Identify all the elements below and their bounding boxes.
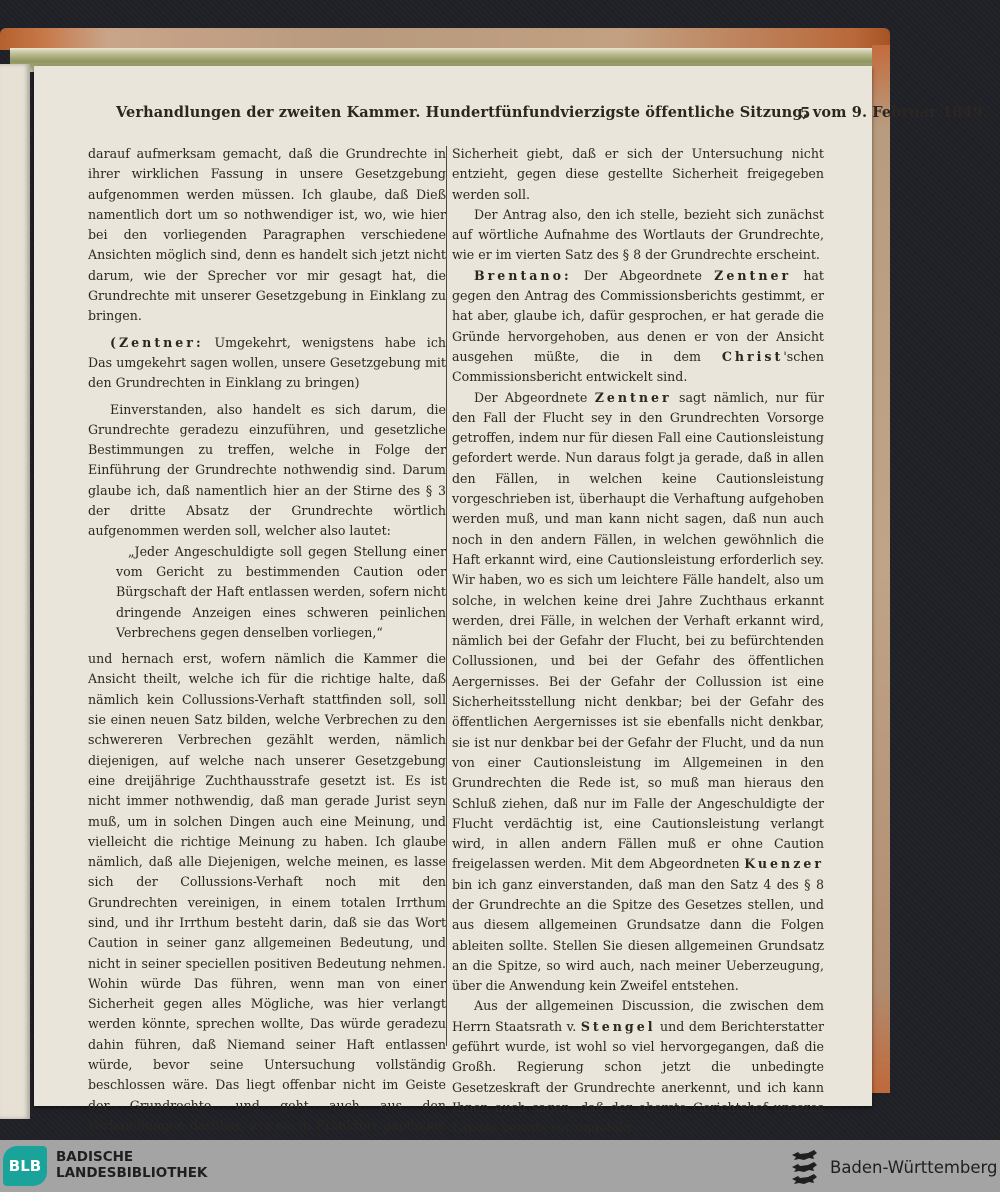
paragraph: darauf aufmerksam gemacht, daß die Grund… xyxy=(88,144,446,327)
book-cover-top-edge xyxy=(0,28,890,50)
paragraph: Einverstanden, also handelt es sich daru… xyxy=(88,400,446,542)
person-name: Stengel xyxy=(581,1019,656,1034)
paragraph: Sicherheit giebt, daß er sich der Unters… xyxy=(452,144,824,205)
speaker-name: Brentano: xyxy=(474,268,572,283)
paragraph: Der Abgeordnete Zentner sagt nämlich, nu… xyxy=(452,388,824,997)
left-column: darauf aufmerksam gemacht, daß die Grund… xyxy=(88,144,446,1177)
page-number: 5 xyxy=(800,104,810,122)
quote-text: „Jeder Angeschuldigte soll gegen Stellun… xyxy=(116,542,446,643)
blb-logo-badge[interactable]: BLB xyxy=(3,1146,47,1186)
book-cover-right-edge xyxy=(872,45,890,1093)
baden-wuerttemberg-logo[interactable]: Baden-Württemberg xyxy=(790,1148,998,1186)
paragraph: und hernach erst, wofern nämlich die Kam… xyxy=(88,649,446,1177)
paragraph: Der Antrag also, den ich stelle, bezieht… xyxy=(452,205,824,266)
paragraph: Aus der allgemeinen Discussion, die zwis… xyxy=(452,996,824,1138)
speech-paragraph: Brentano: Der Abgeordnete Zentner hat ge… xyxy=(452,266,824,388)
right-column: Sicherheit giebt, daß er sich der Unters… xyxy=(452,144,824,1139)
person-name: Kuenzer xyxy=(744,856,824,871)
person-name: Christ xyxy=(722,349,784,364)
block-quote: „Jeder Angeschuldigte soll gegen Stellun… xyxy=(88,542,446,643)
interjection-paragraph: (Zentner: Umgekehrt, wenigstens habe ich… xyxy=(88,333,446,394)
three-lions-crest-icon xyxy=(790,1148,820,1186)
speaker-name: (Zentner: xyxy=(110,335,204,350)
column-divider xyxy=(446,146,447,1046)
person-name: Zentner xyxy=(714,268,791,283)
blb-logo-text[interactable]: BADISCHE LANDESBIBLIOTHEK xyxy=(56,1149,207,1181)
footer-bar: BLB BADISCHE LANDESBIBLIOTHEK Baden-Würt… xyxy=(0,1140,1000,1192)
running-head: Verhandlungen der zweiten Kammer. Hunder… xyxy=(116,104,816,121)
person-name: Zentner xyxy=(595,390,672,405)
baden-wuerttemberg-label: Baden-Württemberg xyxy=(830,1158,998,1177)
scanned-page: Verhandlungen der zweiten Kammer. Hunder… xyxy=(34,66,872,1106)
facing-page-edge xyxy=(0,64,30,1119)
scan-viewer: Verhandlungen der zweiten Kammer. Hunder… xyxy=(0,0,1000,1140)
